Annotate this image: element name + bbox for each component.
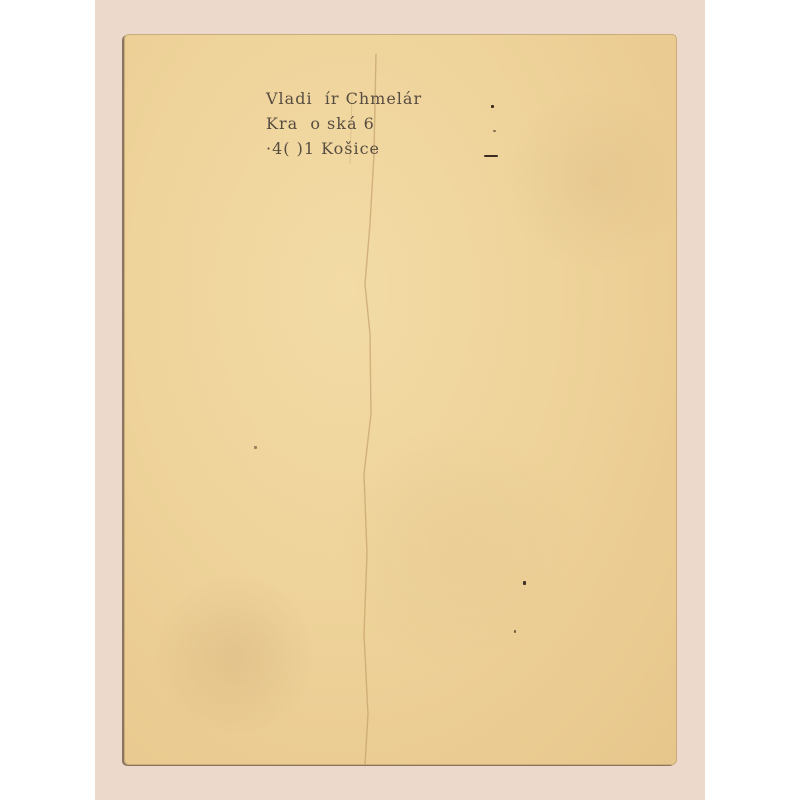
paper-sheet: Vladi ír Chmelár Kra o ská 6 ·4( )1 Koši… [124, 34, 677, 765]
ink-speck [493, 130, 496, 132]
ink-speck [514, 630, 516, 633]
stamp-street-line: Kra o ská 6 [266, 111, 422, 136]
paper-crease [124, 34, 677, 765]
address-stamp: Vladi ír Chmelár Kra o ská 6 ·4( )1 Koši… [266, 86, 422, 161]
ink-speck [491, 105, 494, 108]
ink-speck [523, 581, 526, 585]
stamp-city-line: ·4( )1 Košice [266, 136, 422, 161]
ink-speck [254, 446, 257, 449]
stamp-name-line: Vladi ír Chmelár [266, 86, 422, 111]
ink-dash [484, 155, 498, 157]
